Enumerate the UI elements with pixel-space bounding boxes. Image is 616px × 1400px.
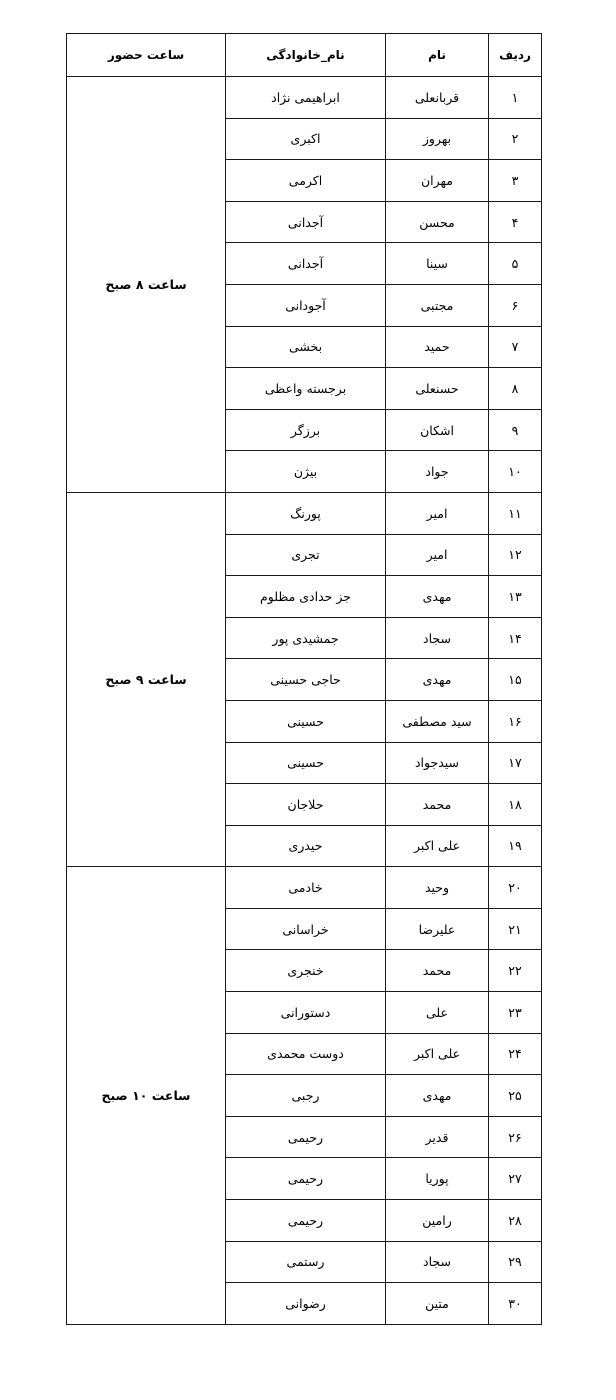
row-number-cell: ۸ bbox=[489, 368, 542, 410]
row-number-cell: ۱۸ bbox=[489, 784, 542, 826]
first-name-cell: حسنعلی bbox=[386, 368, 489, 410]
last-name-cell: خنجری bbox=[226, 950, 386, 992]
last-name-cell: ابراهیمی نژاد bbox=[226, 77, 386, 119]
first-name-cell: سید مصطفی bbox=[386, 700, 489, 742]
row-number-cell: ۱۳ bbox=[489, 576, 542, 618]
table-row: ۱۱امیرپورنگساعت ۹ صبح bbox=[67, 492, 542, 534]
row-number-cell: ۱ bbox=[489, 77, 542, 119]
last-name-cell: آجدانی bbox=[226, 243, 386, 285]
header-row-number: ردیف bbox=[489, 34, 542, 77]
last-name-cell: اکرمی bbox=[226, 160, 386, 202]
row-number-cell: ۲ bbox=[489, 118, 542, 160]
row-number-cell: ۱۹ bbox=[489, 825, 542, 867]
last-name-cell: حاجی حسینی bbox=[226, 659, 386, 701]
first-name-cell: امیر bbox=[386, 534, 489, 576]
attendance-time-cell: ساعت ۸ صبح bbox=[67, 77, 226, 493]
attendance-time-cell: ساعت ۱۰ صبح bbox=[67, 867, 226, 1325]
first-name-cell: مهدی bbox=[386, 1075, 489, 1117]
header-last-name: نام_خانوادگی bbox=[226, 34, 386, 77]
first-name-cell: علی bbox=[386, 992, 489, 1034]
row-number-cell: ۲۳ bbox=[489, 992, 542, 1034]
last-name-cell: برجسته واعظی bbox=[226, 368, 386, 410]
row-number-cell: ۲۲ bbox=[489, 950, 542, 992]
row-number-cell: ۹ bbox=[489, 409, 542, 451]
last-name-cell: پورنگ bbox=[226, 492, 386, 534]
first-name-cell: حمید bbox=[386, 326, 489, 368]
last-name-cell: بیژن bbox=[226, 451, 386, 493]
last-name-cell: رحیمی bbox=[226, 1200, 386, 1242]
last-name-cell: رستمی bbox=[226, 1241, 386, 1283]
first-name-cell: علی اکبر bbox=[386, 1033, 489, 1075]
last-name-cell: اکبری bbox=[226, 118, 386, 160]
first-name-cell: وحید bbox=[386, 867, 489, 909]
first-name-cell: محسن bbox=[386, 201, 489, 243]
row-number-cell: ۶ bbox=[489, 284, 542, 326]
first-name-cell: سیدجواد bbox=[386, 742, 489, 784]
last-name-cell: جز حدادی مظلوم bbox=[226, 576, 386, 618]
last-name-cell: بخشی bbox=[226, 326, 386, 368]
row-number-cell: ۲۱ bbox=[489, 908, 542, 950]
last-name-cell: خراسانی bbox=[226, 908, 386, 950]
first-name-cell: جواد bbox=[386, 451, 489, 493]
last-name-cell: دوست محمدی bbox=[226, 1033, 386, 1075]
header-attendance-time: ساعت حضور bbox=[67, 34, 226, 77]
first-name-cell: امیر bbox=[386, 492, 489, 534]
table-row: ۱قربانعلیابراهیمی نژادساعت ۸ صبح bbox=[67, 77, 542, 119]
first-name-cell: سینا bbox=[386, 243, 489, 285]
last-name-cell: جمشیدی پور bbox=[226, 617, 386, 659]
row-number-cell: ۲۰ bbox=[489, 867, 542, 909]
last-name-cell: حسینی bbox=[226, 742, 386, 784]
row-number-cell: ۲۴ bbox=[489, 1033, 542, 1075]
last-name-cell: آجدانی bbox=[226, 201, 386, 243]
last-name-cell: رحیمی bbox=[226, 1158, 386, 1200]
row-number-cell: ۴ bbox=[489, 201, 542, 243]
header-first-name: نام bbox=[386, 34, 489, 77]
first-name-cell: مهران bbox=[386, 160, 489, 202]
row-number-cell: ۲۵ bbox=[489, 1075, 542, 1117]
last-name-cell: رجبی bbox=[226, 1075, 386, 1117]
last-name-cell: حیدری bbox=[226, 825, 386, 867]
first-name-cell: متین bbox=[386, 1283, 489, 1325]
last-name-cell: حسینی bbox=[226, 700, 386, 742]
header-row: ردیف نام نام_خانوادگی ساعت حضور bbox=[67, 34, 542, 77]
last-name-cell: رضوانی bbox=[226, 1283, 386, 1325]
first-name-cell: بهروز bbox=[386, 118, 489, 160]
first-name-cell: علی اکبر bbox=[386, 825, 489, 867]
attendance-table: ردیف نام نام_خانوادگی ساعت حضور ۱قربانعل… bbox=[66, 33, 542, 1325]
row-number-cell: ۳ bbox=[489, 160, 542, 202]
row-number-cell: ۱۴ bbox=[489, 617, 542, 659]
row-number-cell: ۱۵ bbox=[489, 659, 542, 701]
row-number-cell: ۲۶ bbox=[489, 1116, 542, 1158]
row-number-cell: ۱۰ bbox=[489, 451, 542, 493]
row-number-cell: ۱۲ bbox=[489, 534, 542, 576]
row-number-cell: ۱۱ bbox=[489, 492, 542, 534]
row-number-cell: ۱۷ bbox=[489, 742, 542, 784]
last-name-cell: رحیمی bbox=[226, 1116, 386, 1158]
first-name-cell: قدیر bbox=[386, 1116, 489, 1158]
first-name-cell: اشکان bbox=[386, 409, 489, 451]
attendance-time-cell: ساعت ۹ صبح bbox=[67, 492, 226, 866]
row-number-cell: ۷ bbox=[489, 326, 542, 368]
last-name-cell: تجری bbox=[226, 534, 386, 576]
first-name-cell: مهدی bbox=[386, 576, 489, 618]
last-name-cell: دستورانی bbox=[226, 992, 386, 1034]
last-name-cell: حلاجان bbox=[226, 784, 386, 826]
first-name-cell: محمد bbox=[386, 784, 489, 826]
first-name-cell: قربانعلی bbox=[386, 77, 489, 119]
last-name-cell: برزگر bbox=[226, 409, 386, 451]
first-name-cell: محمد bbox=[386, 950, 489, 992]
last-name-cell: خادمی bbox=[226, 867, 386, 909]
row-number-cell: ۵ bbox=[489, 243, 542, 285]
first-name-cell: سجاد bbox=[386, 1241, 489, 1283]
first-name-cell: مجتبی bbox=[386, 284, 489, 326]
first-name-cell: مهدی bbox=[386, 659, 489, 701]
row-number-cell: ۱۶ bbox=[489, 700, 542, 742]
row-number-cell: ۲۷ bbox=[489, 1158, 542, 1200]
row-number-cell: ۳۰ bbox=[489, 1283, 542, 1325]
first-name-cell: پوریا bbox=[386, 1158, 489, 1200]
row-number-cell: ۲۸ bbox=[489, 1200, 542, 1242]
row-number-cell: ۲۹ bbox=[489, 1241, 542, 1283]
first-name-cell: سجاد bbox=[386, 617, 489, 659]
last-name-cell: آجودانی bbox=[226, 284, 386, 326]
first-name-cell: علیرضا bbox=[386, 908, 489, 950]
table-body: ۱قربانعلیابراهیمی نژادساعت ۸ صبح۲بهروزاک… bbox=[67, 77, 542, 1325]
table-row: ۲۰وحیدخادمیساعت ۱۰ صبح bbox=[67, 867, 542, 909]
first-name-cell: رامین bbox=[386, 1200, 489, 1242]
